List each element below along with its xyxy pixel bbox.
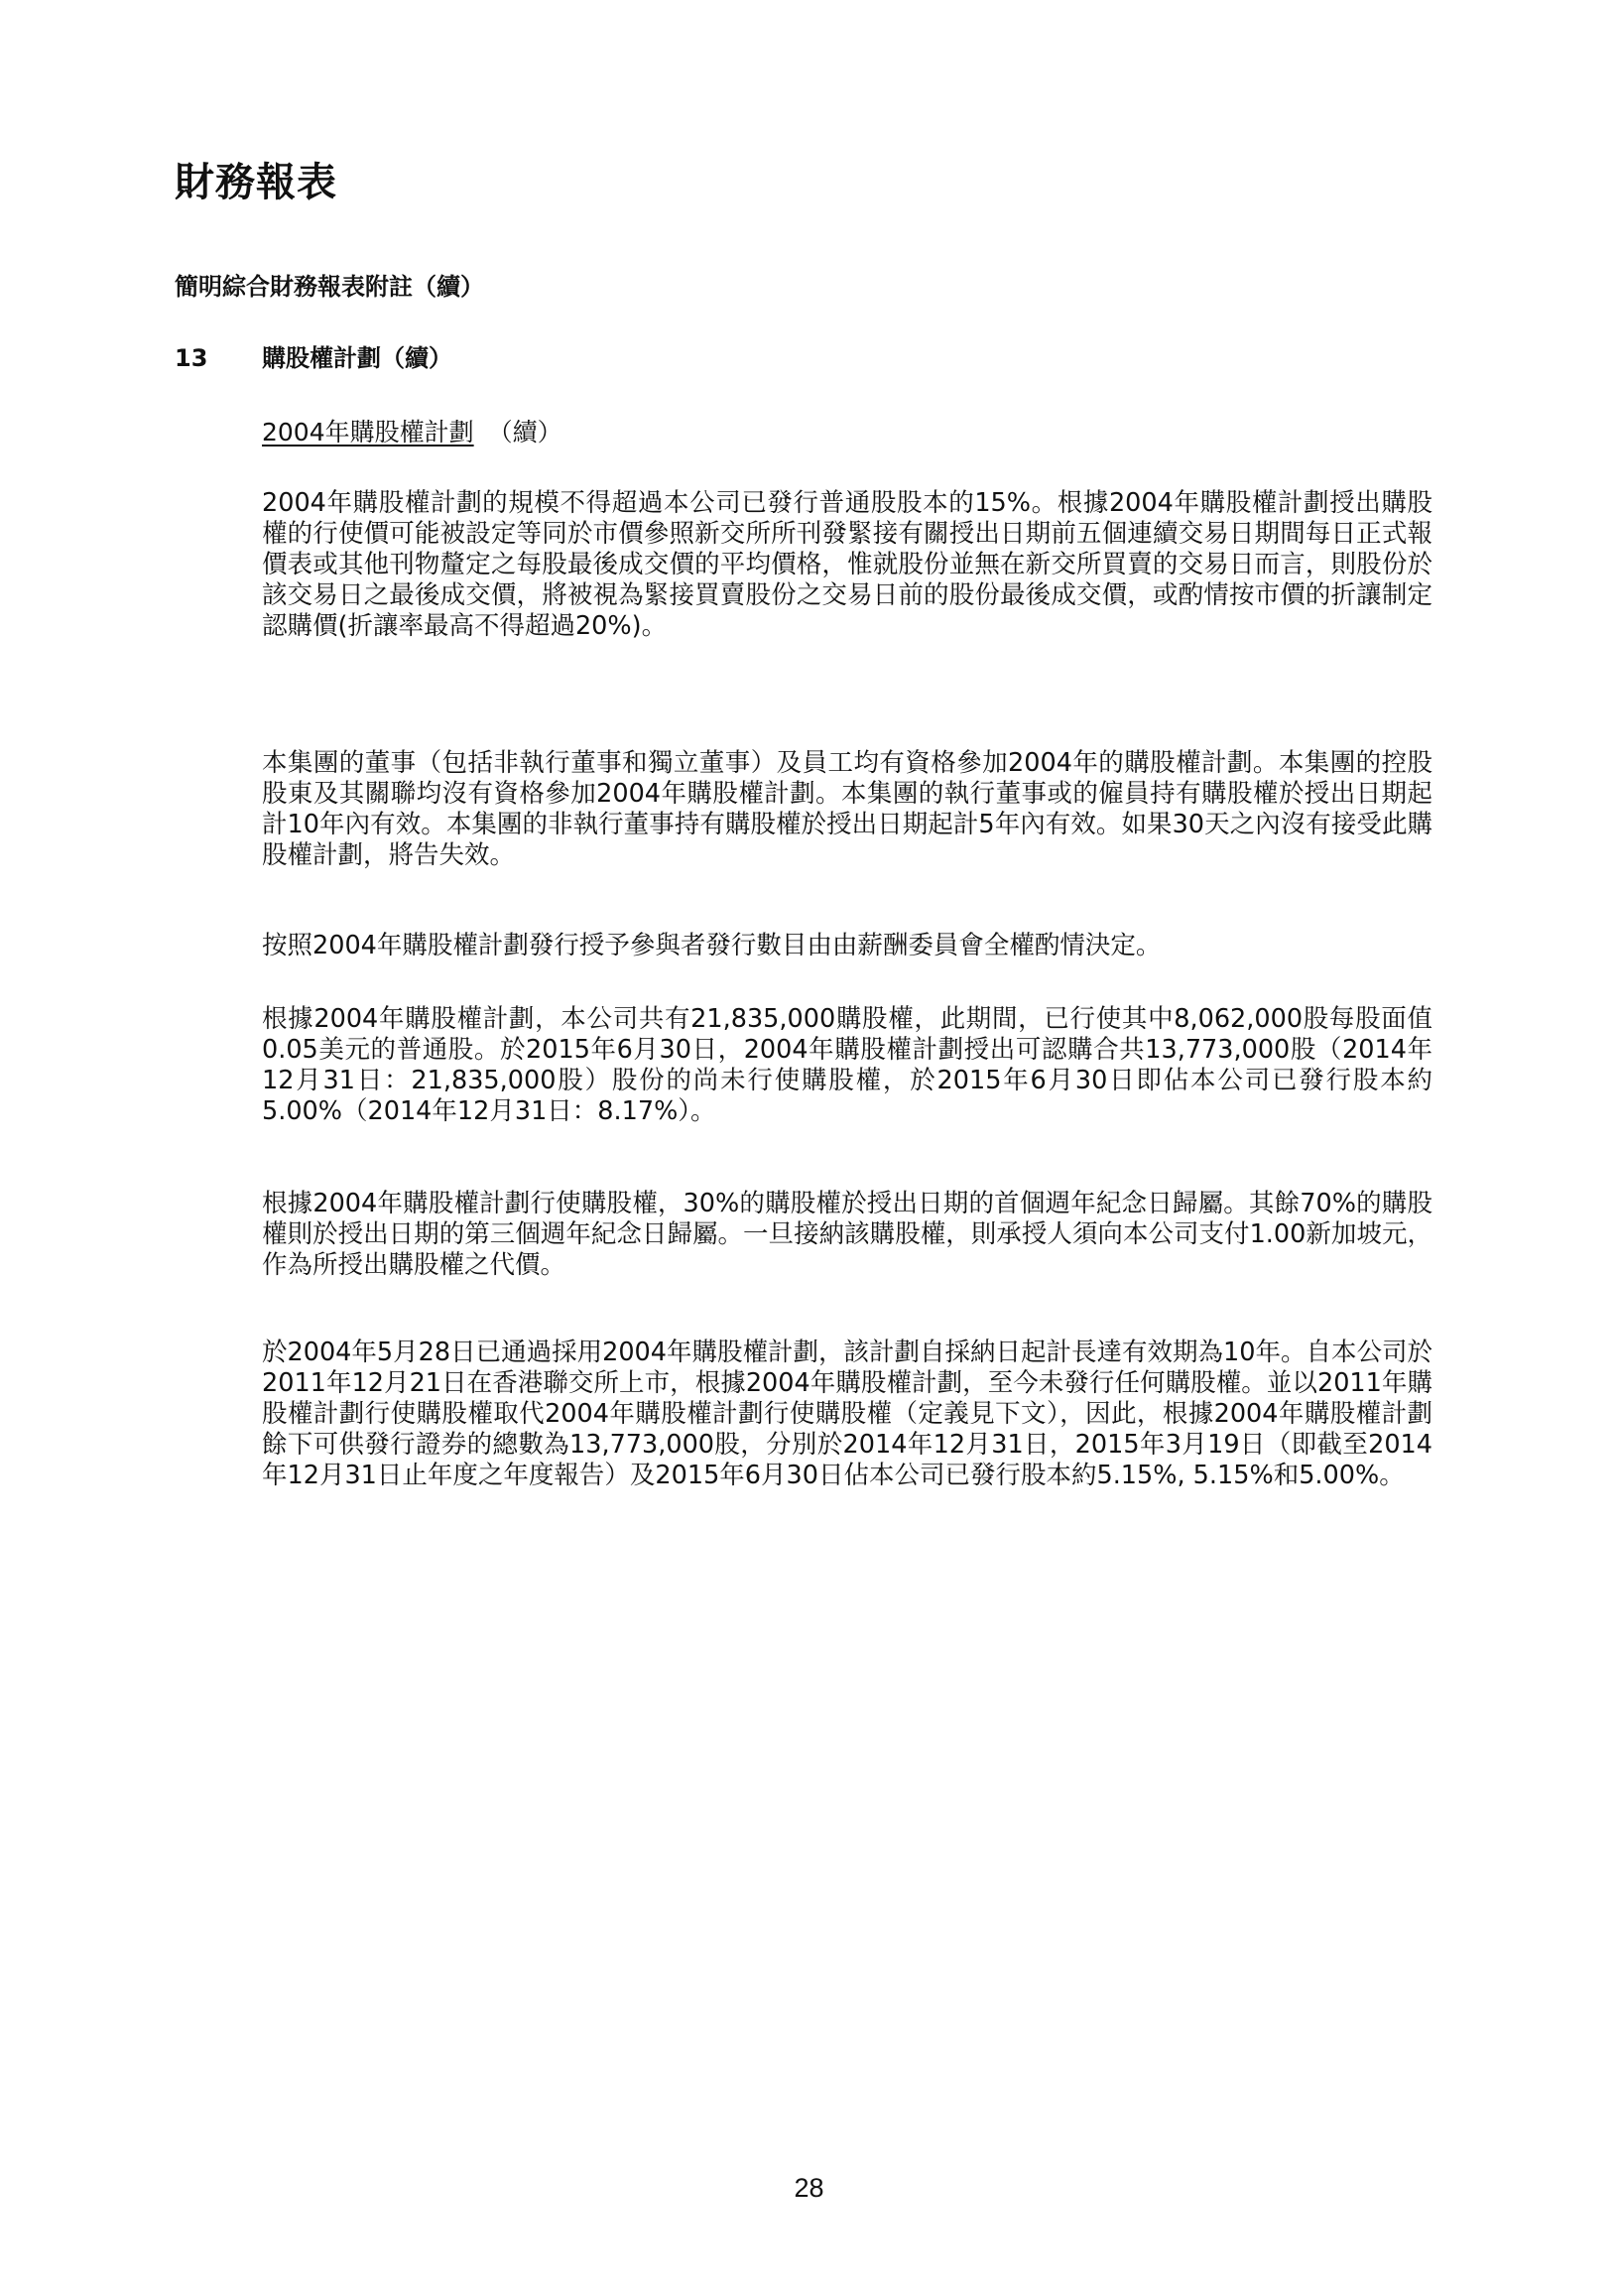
note-title: 購股權計劃（續） xyxy=(262,343,452,373)
note-number: 13 xyxy=(175,343,262,373)
section-title: 簡明綜合財務報表附註（續） xyxy=(175,272,484,302)
paragraph-outstanding-options: 根據2004年購股權計劃，本公司共有21,835,000購股權，此期間，已行使其… xyxy=(262,1004,1432,1127)
paragraph-vesting: 根據2004年購股權計劃行使購股權，30%的購股權於授出日期的首個週年紀念日歸屬… xyxy=(262,1189,1432,1281)
subheading: 2004年購股權計劃（續） xyxy=(262,417,562,448)
page-number: 28 xyxy=(0,2173,1618,2204)
subheading-label: 2004年購股權計劃 xyxy=(262,418,474,446)
paragraph-plan-size-exercise-price: 2004年購股權計劃的規模不得超過本公司已發行普通股股本的15%。根據2004年… xyxy=(262,488,1432,642)
page-title: 財務報表 xyxy=(175,159,337,206)
subheading-suffix: （續） xyxy=(488,418,562,446)
paragraph-grant-discretion: 按照2004年購股權計劃發行授予參與者發行數目由由薪酬委員會全權酌情決定。 xyxy=(262,931,1432,961)
note-heading: 13 購股權計劃（續） xyxy=(175,343,452,373)
paragraph-adoption-and-remaining: 於2004年5月28日已通過採用2004年購股權計劃，該計劃自採納日起計長達有效… xyxy=(262,1338,1432,1491)
paragraph-eligibility: 本集團的董事（包括非執行董事和獨立董事）及員工均有資格參加2004年的購股權計劃… xyxy=(262,748,1432,871)
